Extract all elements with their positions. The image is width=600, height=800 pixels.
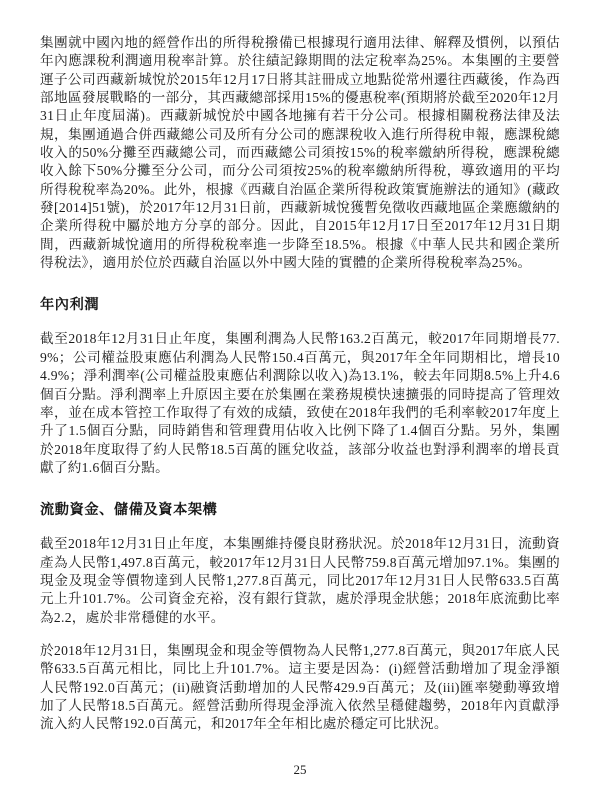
liquidity-paragraph-1: 截至2018年12月31日止年度，本集團維持優良財務狀況。於2018年12月31… [40, 535, 560, 627]
income-tax-provision-paragraph: 集團就中國內地的經營作出的所得稅撥備已根據現行適用法律、解釋及慣例，以預估年內應… [40, 34, 560, 272]
profit-for-the-year-paragraph: 截至2018年12月31日止年度，集團利潤為人民幣163.2百萬元，較2017年… [40, 330, 560, 477]
liquidity-paragraph-2: 於2018年12月31日，集團現金和現金等價物為人民幣1,277.8百萬元，與2… [40, 642, 560, 734]
section-heading-liquidity-reserves-capital-structure: 流動資金、儲備及資本架構 [40, 501, 560, 520]
report-page: 集團就中國內地的經營作出的所得稅撥備已根據現行適用法律、解釋及慣例，以預估年內應… [0, 0, 600, 800]
page-number: 25 [0, 762, 600, 778]
section-heading-profit-for-the-year: 年內利潤 [40, 296, 560, 315]
